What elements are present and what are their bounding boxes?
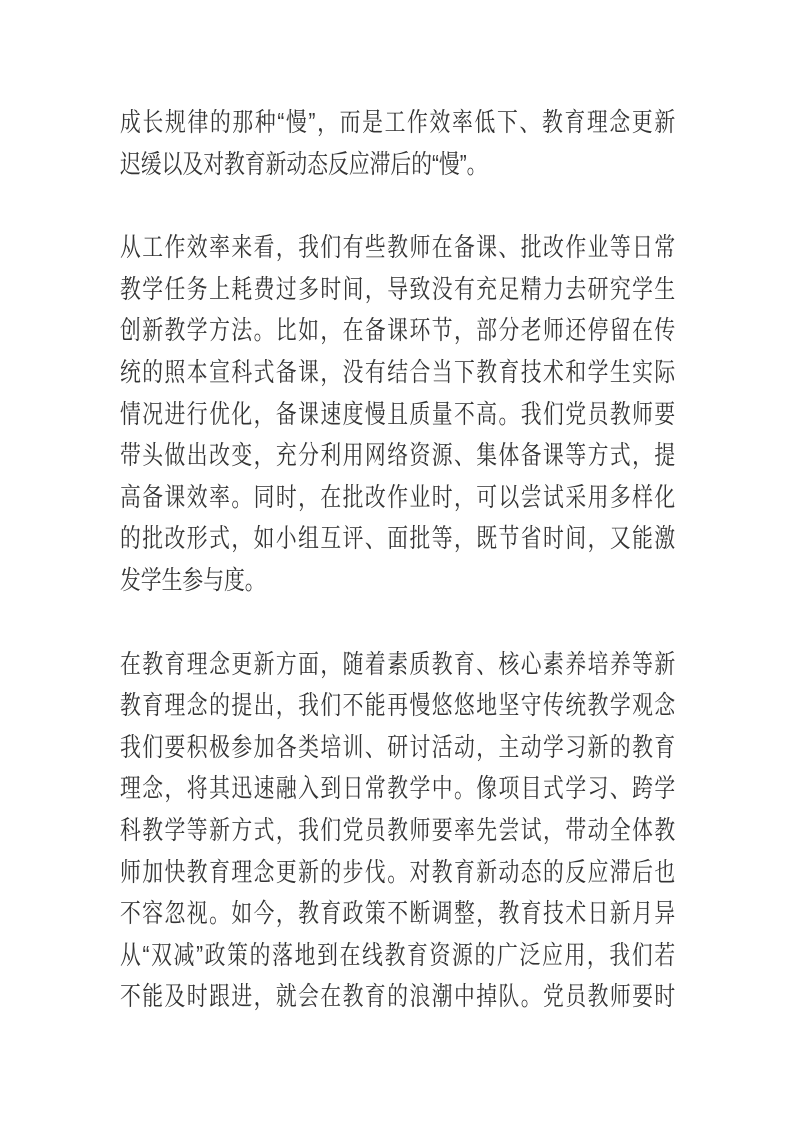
text-line: 创新教学方法。比如，在备课环节，部分老师还停留在传 bbox=[120, 310, 675, 352]
text-line: 科教学等新方式，我们党员教师要率先尝试，带动全体教 bbox=[120, 810, 675, 852]
text-line: 的批改形式，如小组互评、面批等，既节省时间，又能激 bbox=[120, 518, 675, 560]
text-line: 成长规律的那种“慢”，而是工作效率低下、教育理念更新 bbox=[120, 102, 675, 144]
text-line: 从“双减”政策的落地到在线教育资源的广泛应用，我们若 bbox=[120, 935, 675, 977]
text-line: 不容忽视。如今，教育政策不断调整，教育技术日新月异 bbox=[120, 893, 675, 935]
text-line: 不能及时跟进，就会在教育的浪潮中掉队。党员教师要时 bbox=[120, 976, 675, 1018]
paragraph-1: 成长规律的那种“慢”，而是工作效率低下、教育理念更新迟缓以及对教育新动态反应滞后… bbox=[120, 102, 675, 185]
text-line: 师加快教育理念更新的步伐。对教育新动态的反应滞后也 bbox=[120, 852, 675, 894]
text-line: 教育理念的提出，我们不能再慢悠悠地坚守传统教学观念 bbox=[120, 685, 675, 727]
text-line: 带头做出改变，充分利用网络资源、集体备课等方式，提 bbox=[120, 435, 675, 477]
text-line: 在教育理念更新方面，随着素质教育、核心素养培养等新 bbox=[120, 644, 675, 686]
text-line: 情况进行优化，备课速度慢且质量不高。我们党员教师要 bbox=[120, 394, 675, 436]
text-line: 理念，将其迅速融入到日常教学中。像项目式学习、跨学 bbox=[120, 768, 675, 810]
text-line: 迟缓以及对教育新动态反应滞后的“慢”。 bbox=[120, 144, 675, 186]
text-line: 从工作效率来看，我们有些教师在备课、批改作业等日常 bbox=[120, 227, 675, 269]
paragraph-2: 从工作效率来看，我们有些教师在备课、批改作业等日常教学任务上耗费过多时间，导致没… bbox=[120, 227, 675, 601]
text-line: 高备课效率。同时，在批改作业时，可以尝试采用多样化 bbox=[120, 477, 675, 519]
paragraph-3: 在教育理念更新方面，随着素质教育、核心素养培养等新教育理念的提出，我们不能再慢悠… bbox=[120, 644, 675, 1018]
text-line: 我们要积极参加各类培训、研讨活动，主动学习新的教育 bbox=[120, 727, 675, 769]
text-line: 教学任务上耗费过多时间，导致没有充足精力去研究学生 bbox=[120, 269, 675, 311]
text-line: 发学生参与度。 bbox=[120, 560, 675, 602]
document-page: 成长规律的那种“慢”，而是工作效率低下、教育理念更新迟缓以及对教育新动态反应滞后… bbox=[0, 0, 793, 1122]
text-line: 统的照本宣科式备课，没有结合当下教育技术和学生实际 bbox=[120, 352, 675, 394]
text-block: 成长规律的那种“慢”，而是工作效率低下、教育理念更新迟缓以及对教育新动态反应滞后… bbox=[120, 102, 675, 1018]
